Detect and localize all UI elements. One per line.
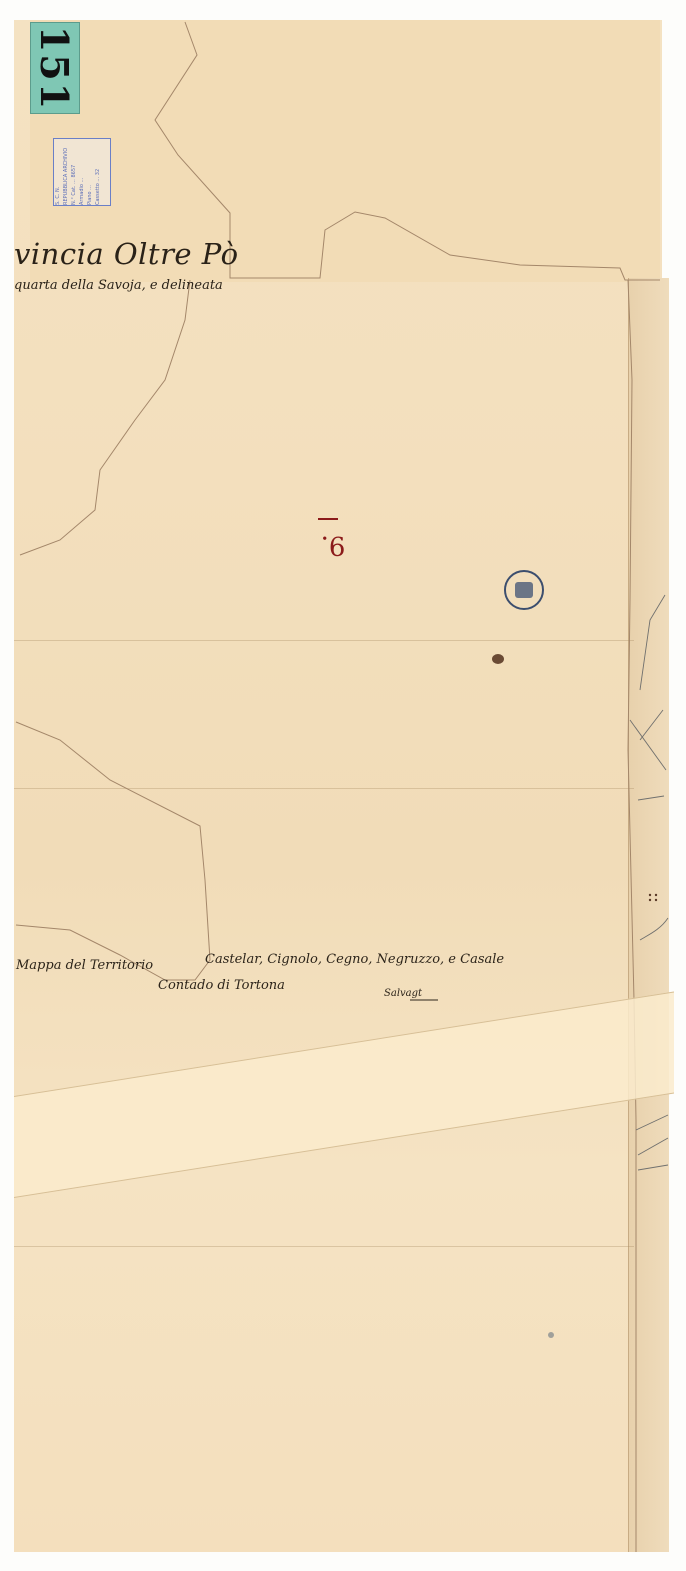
ink-stain (492, 654, 504, 664)
archive-number: 151 (33, 25, 78, 110)
map-title: vincia Oltre Pò (14, 237, 239, 271)
map-boundary-lines (0, 0, 686, 1571)
caption-places: Castelar, Cignolo, Cegno, Negruzzo, e Ca… (205, 952, 504, 967)
archive-stamp-text: S. C. N. REPUBBLICA ARCHIVIO N.° Cat. ..… (54, 139, 108, 205)
library-seal-icon (504, 570, 544, 610)
caption-mappa: Mappa del Territorio (16, 958, 153, 973)
sheet-number: 9. (318, 515, 348, 560)
caption-contado: Contado di Tortona (158, 978, 285, 993)
archive-stamp: S. C. N. REPUBBLICA ARCHIVIO N.° Cat. ..… (53, 138, 111, 206)
archive-number-label: 151 (30, 22, 80, 114)
stain (548, 1332, 554, 1338)
signature: Salvagt (384, 988, 422, 999)
map-subtitle: quarta della Savoja, e delineata (14, 278, 223, 293)
